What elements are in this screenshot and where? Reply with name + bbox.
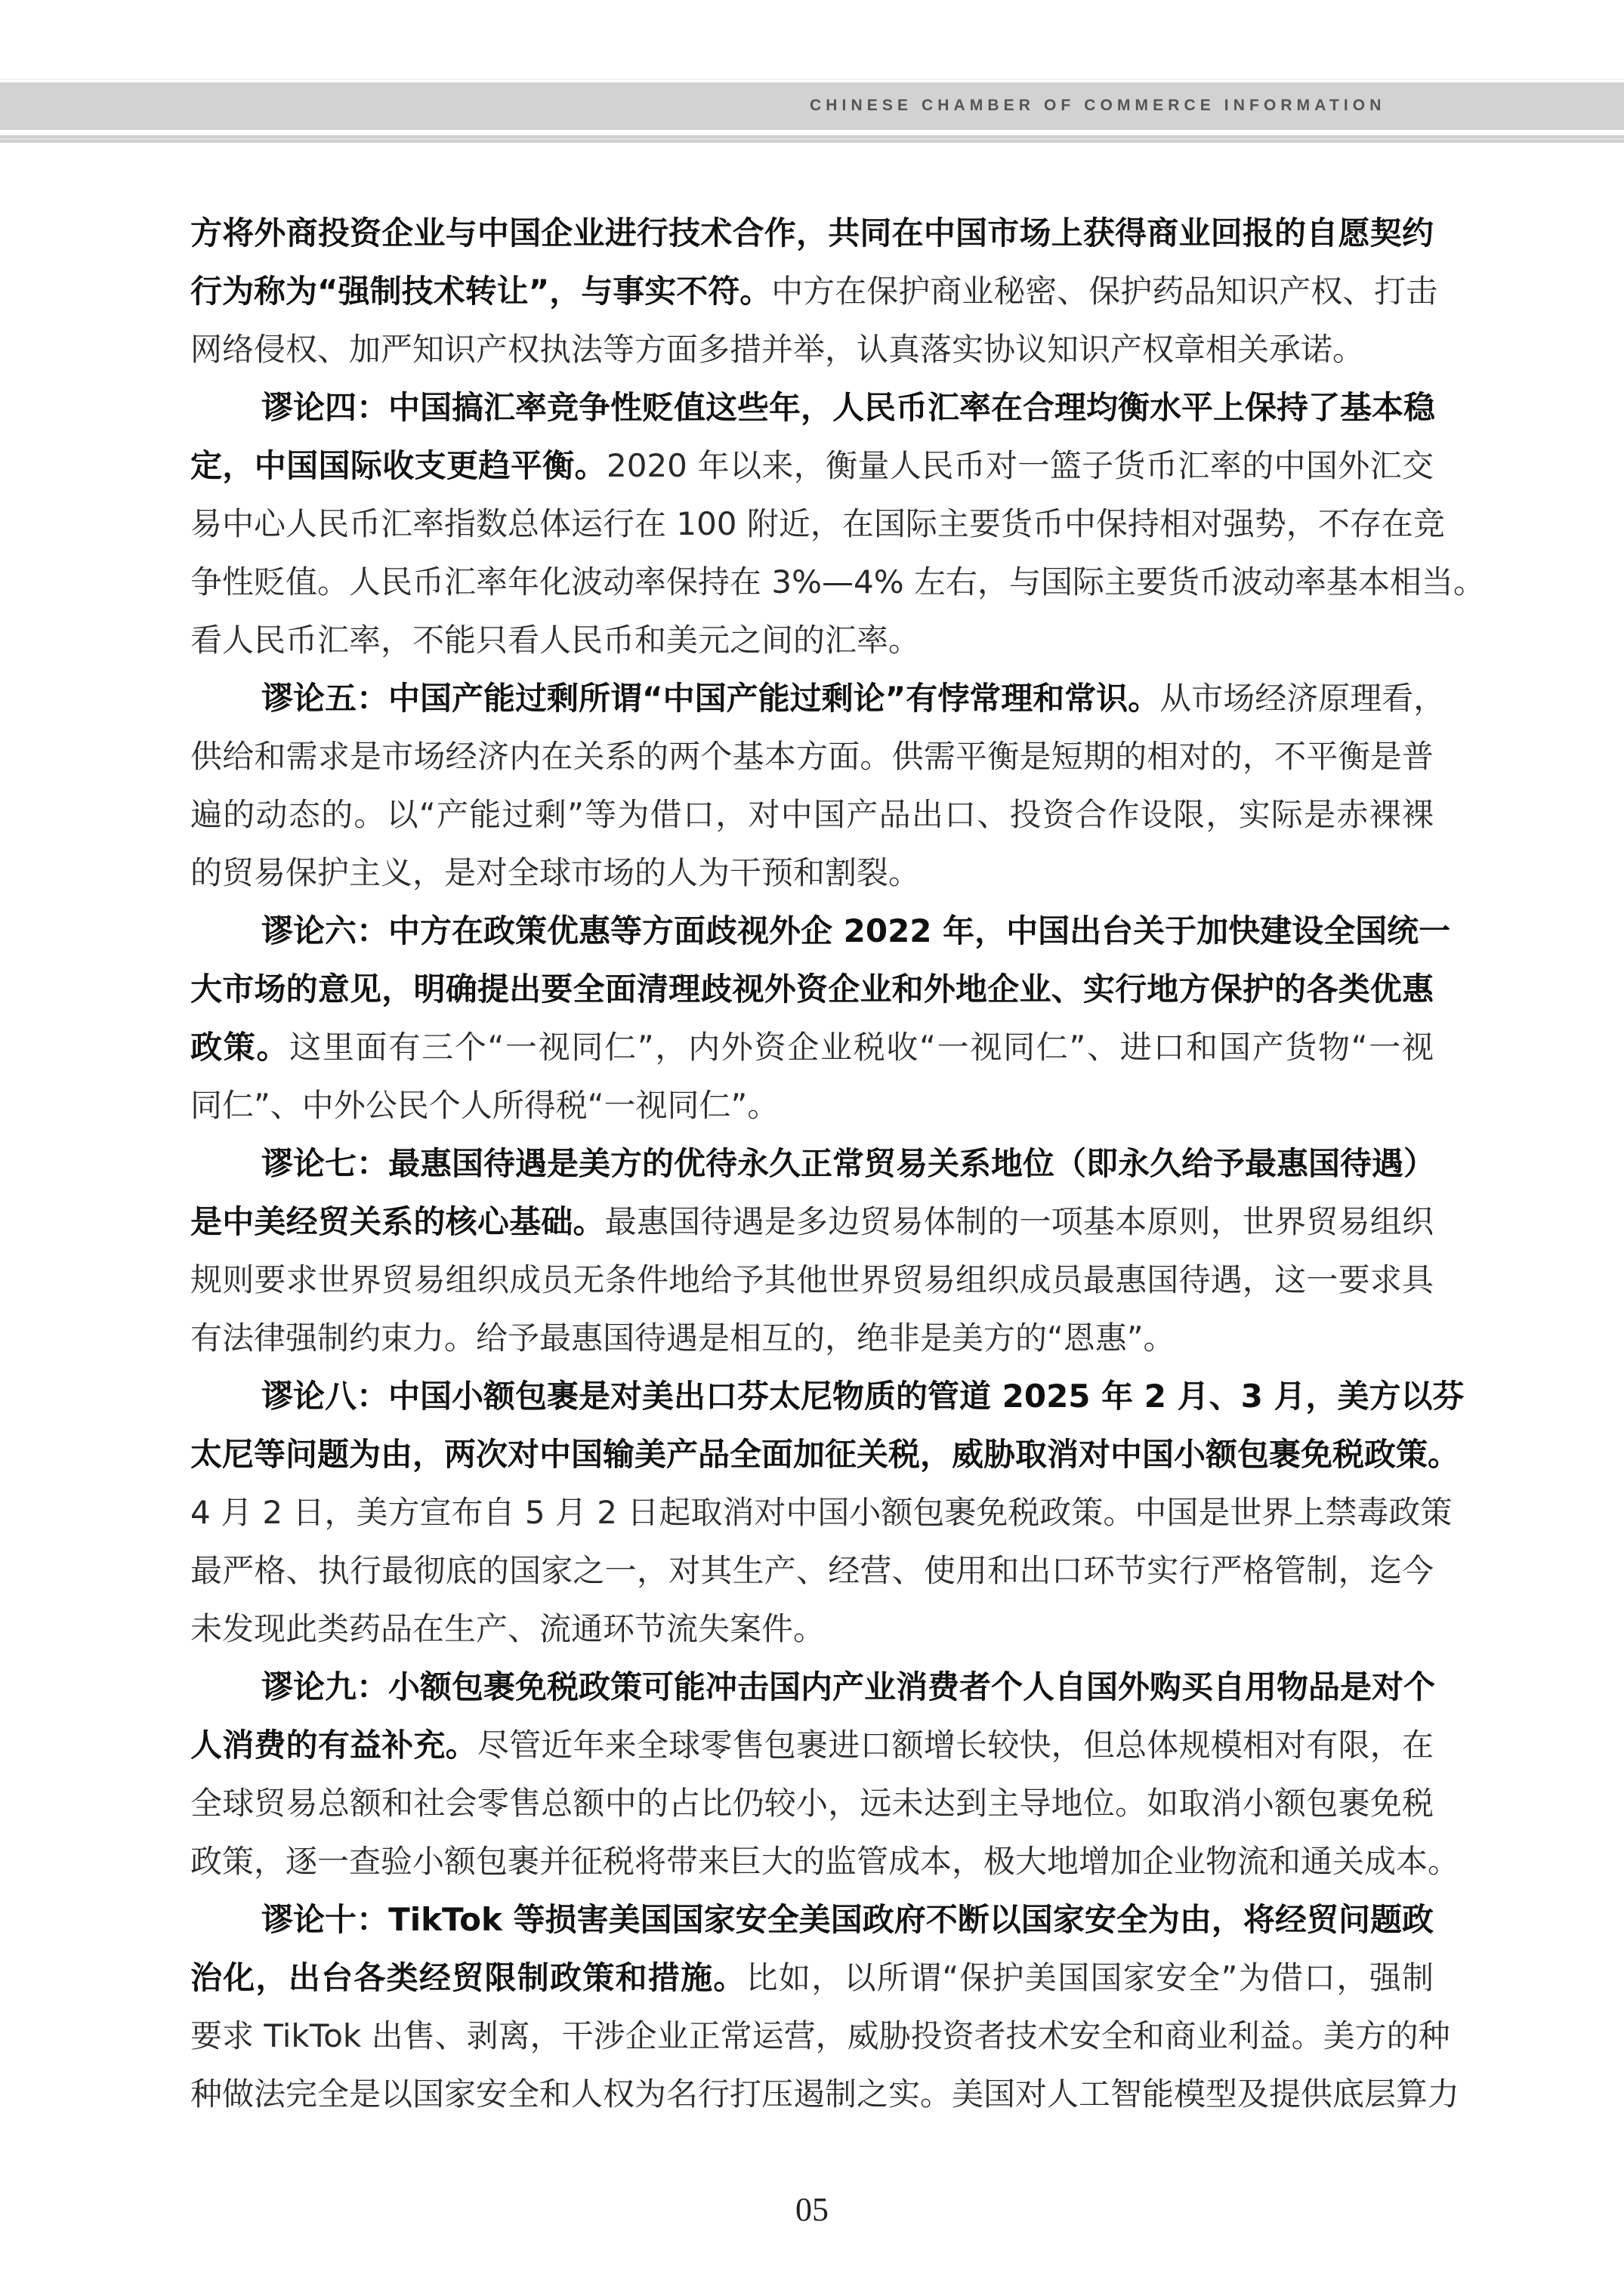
text-line: 看人民币汇率，不能只看人民币和美元之间的汇率。	[190, 611, 1434, 669]
text-line: 人消费的有益补充。尽管近年来全球零售包裹进口额增长较快，但总体规模相对有限，在	[190, 1716, 1434, 1774]
text-line: 定，中国国际收支更趋平衡。2020 年以来，衡量人民币对一篮子货币汇率的中国外汇…	[190, 437, 1434, 495]
regular-text: 规则要求世界贸易组织成员无条件地给予其他世界贸易组织成员最惠国待遇，这一要求具	[190, 1261, 1434, 1298]
text-line: 谬论七：最惠国待遇是美方的优待永久正常贸易关系地位（即永久给予最惠国待遇）	[190, 1134, 1434, 1193]
text-line: 供给和需求是市场经济内在关系的两个基本方面。供需平衡是短期的相对的，不平衡是普	[190, 727, 1434, 785]
bold-text: 定，中国国际收支更趋平衡。	[190, 447, 607, 484]
bold-text: 是中美经贸关系的核心基础。	[190, 1203, 605, 1240]
regular-text: 中方在保护商业秘密、保护药品知识产权、打击	[771, 273, 1437, 310]
regular-text: 2020 年以来，衡量人民币对一篮子货币汇率的中国外汇交	[607, 447, 1434, 484]
regular-text: 网络侵权、加严知识产权执法等方面多措并举，认真落实协议知识产权章相关承诺。	[190, 331, 1364, 368]
regular-text: 看人民币汇率，不能只看人民币和美元之间的汇率。	[190, 622, 920, 659]
text-line: 谬论十：TikTok 等损害美国国家安全美国政府不断以国家安全为由，将经贸问题政	[190, 1890, 1434, 1949]
text-line: 要求 TikTok 出售、剥离，干涉企业正常运营，威胁投资者技术安全和商业利益。…	[190, 2007, 1434, 2065]
bold-text: 行为称为“强制技术转让”，与事实不符。	[190, 273, 771, 310]
regular-text: 同仁”、中外公民个人所得税“一视同仁”。	[190, 1087, 779, 1124]
paragraph-continuation: 方将外商投资企业与中国企业进行技术合作，共同在中国市场上获得商业回报的自愿契约 …	[190, 204, 1434, 378]
publication-title: CHINESE CHAMBER OF COMMERCE INFORMATION	[810, 97, 1386, 115]
paragraph-fallacy-9: 谬论九：小额包裹免税政策可能冲击国内产业消费者个人自国外购买自用物品是对个 人消…	[190, 1658, 1434, 1890]
text-line: 遍的动态的。以“产能过剩”等为借口，对中国产品出口、投资合作设限，实际是赤裸裸	[190, 785, 1434, 844]
regular-text: 的贸易保护主义，是对全球市场的人为干预和割裂。	[190, 854, 920, 891]
page-number: 05	[0, 2190, 1624, 2229]
text-line: 行为称为“强制技术转让”，与事实不符。中方在保护商业秘密、保护药品知识产权、打击	[190, 262, 1434, 320]
paragraph-fallacy-6: 谬论六：中方在政策优惠等方面歧视外企 2022 年，中国出台关于加快建设全国统一…	[190, 902, 1434, 1134]
header-top-hairline	[0, 79, 1624, 80]
text-line: 网络侵权、加严知识产权执法等方面多措并举，认真落实协议知识产权章相关承诺。	[190, 320, 1434, 378]
regular-text: 易中心人民币汇率指数总体运行在 100 附近，在国际主要货币中保持相对强势，不存…	[190, 505, 1445, 542]
paragraph-fallacy-5: 谬论五：中国产能过剩所谓“中国产能过剩论”有悖常理和常识。从市场经济原理看， 供…	[190, 669, 1434, 902]
regular-text: 最严格、执行最彻底的国家之一，对其生产、经营、使用和出口环节实行严格管制，迄今	[190, 1552, 1434, 1589]
paragraph-fallacy-8: 谬论八：中国小额包裹是对美出口芬太尼物质的管道 2025 年 2 月、3 月，美…	[190, 1367, 1434, 1658]
regular-text: 遍的动态的。以“产能过剩”等为借口，对中国产品出口、投资合作设限，实际是赤裸裸	[190, 796, 1434, 833]
text-line: 是中美经贸关系的核心基础。最惠国待遇是多边贸易体制的一项基本原则，世界贸易组织	[190, 1193, 1434, 1251]
bold-text: 谬论五：中国产能过剩所谓“中国产能过剩论”有悖常理和常识。	[261, 680, 1159, 717]
bold-text: 太尼等问题为由，两次对中国输美产品全面加征关税，威胁取消对中国小额包裹免税政策。	[190, 1436, 1459, 1473]
article-body: 方将外商投资企业与中国企业进行技术合作，共同在中国市场上获得商业回报的自愿契约 …	[190, 204, 1434, 2123]
text-line: 谬论五：中国产能过剩所谓“中国产能过剩论”有悖常理和常识。从市场经济原理看，	[190, 669, 1434, 727]
text-line: 同仁”、中外公民个人所得税“一视同仁”。	[190, 1076, 1434, 1134]
text-line: 最严格、执行最彻底的国家之一，对其生产、经营、使用和出口环节实行严格管制，迄今	[190, 1542, 1434, 1600]
regular-text: 争性贬值。人民币汇率年化波动率保持在 3%—4% 左右，与国际主要货币波动率基本…	[190, 563, 1485, 600]
regular-text: 从市场经济原理看，	[1159, 680, 1445, 717]
text-line: 治化，出台各类经贸限制政策和措施。比如，以所谓“保护美国国家安全”为借口，强制	[190, 1949, 1434, 2007]
bold-text: 政策。	[190, 1029, 289, 1066]
text-line: 有法律强制约束力。给予最惠国待遇是相互的，绝非是美方的“恩惠”。	[190, 1309, 1434, 1367]
regular-text: 有法律强制约束力。给予最惠国待遇是相互的，绝非是美方的“恩惠”。	[190, 1319, 1175, 1356]
bold-text: 谬论四：中国搞汇率竞争性贬值这些年，人民币汇率在合理均衡水平上保持了基本稳	[261, 389, 1435, 426]
regular-text: 比如，以所谓“保护美国国家安全”为借口，强制	[746, 1959, 1434, 1996]
text-line: 大市场的意见，明确提出要全面清理歧视外资企业和外地企业、实行地方保护的各类优惠	[190, 960, 1434, 1018]
text-line: 种做法完全是以国家安全和人权为名行打压遏制之实。美国对人工智能模型及提供底层算力	[190, 2065, 1434, 2123]
text-line: 易中心人民币汇率指数总体运行在 100 附近，在国际主要货币中保持相对强势，不存…	[190, 495, 1434, 553]
regular-text: 种做法完全是以国家安全和人权为名行打压遏制之实。美国对人工智能模型及提供底层算力	[190, 2075, 1459, 2112]
text-line: 全球贸易总额和社会零售总额中的占比仍较小，远未达到主导地位。如取消小额包裹免税	[190, 1774, 1434, 1832]
text-line: 谬论九：小额包裹免税政策可能冲击国内产业消费者个人自国外购买自用物品是对个	[190, 1658, 1434, 1716]
bold-text: 方将外商投资企业与中国企业进行技术合作，共同在中国市场上获得商业回报的自愿契约	[190, 214, 1434, 252]
regular-text: 要求 TikTok 出售、剥离，干涉企业正常运营，威胁投资者技术安全和商业利益。…	[190, 2017, 1450, 2054]
regular-text: 最惠国待遇是多边贸易体制的一项基本原则，世界贸易组织	[605, 1203, 1434, 1240]
bold-text: 治化，出台各类经贸限制政策和措施。	[190, 1959, 746, 1996]
paragraph-fallacy-4: 谬论四：中国搞汇率竞争性贬值这些年，人民币汇率在合理均衡水平上保持了基本稳 定，…	[190, 378, 1434, 669]
text-line: 未发现此类药品在生产、流通环节流失案件。	[190, 1600, 1434, 1658]
bold-text: 谬论十：TikTok 等损害美国国家安全美国政府不断以国家安全为由，将经贸问题政	[261, 1901, 1434, 1938]
regular-text: 供给和需求是市场经济内在关系的两个基本方面。供需平衡是短期的相对的，不平衡是普	[190, 738, 1434, 775]
regular-text: 未发现此类药品在生产、流通环节流失案件。	[190, 1610, 825, 1647]
bold-text: 大市场的意见，明确提出要全面清理歧视外资企业和外地企业、实行地方保护的各类优惠	[190, 971, 1434, 1008]
text-line: 太尼等问题为由，两次对中国输美产品全面加征关税，威胁取消对中国小额包裹免税政策。	[190, 1425, 1434, 1483]
regular-text: 全球贸易总额和社会零售总额中的占比仍较小，远未达到主导地位。如取消小额包裹免税	[190, 1785, 1434, 1822]
text-line: 争性贬值。人民币汇率年化波动率保持在 3%—4% 左右，与国际主要货币波动率基本…	[190, 553, 1434, 611]
text-line: 方将外商投资企业与中国企业进行技术合作，共同在中国市场上获得商业回报的自愿契约	[190, 204, 1434, 262]
regular-text: 政策，逐一查验小额包裹并征税将带来巨大的监管成本，极大地增加企业物流和通关成本。	[190, 1843, 1459, 1880]
text-line: 谬论六：中方在政策优惠等方面歧视外企 2022 年，中国出台关于加快建设全国统一	[190, 902, 1434, 960]
bold-text: 谬论八：中国小额包裹是对美出口芬太尼物质的管道 2025 年 2 月、3 月，美…	[261, 1378, 1464, 1415]
text-line: 政策。这里面有三个“一视同仁”，内外资企业税收“一视同仁”、进口和国产货物“一视	[190, 1018, 1434, 1076]
header-rule-inner	[0, 138, 1624, 140]
text-line: 政策，逐一查验小额包裹并征税将带来巨大的监管成本，极大地增加企业物流和通关成本。	[190, 1832, 1434, 1890]
regular-text: 4 月 2 日，美方宣布自 5 月 2 日起取消对中国小额包裹免税政策。中国是世…	[190, 1494, 1452, 1531]
bold-text: 谬论九：小额包裹免税政策可能冲击国内产业消费者个人自国外购买自用物品是对个	[261, 1668, 1435, 1705]
text-line: 谬论四：中国搞汇率竞争性贬值这些年，人民币汇率在合理均衡水平上保持了基本稳	[190, 378, 1434, 437]
bold-text: 人消费的有益补充。	[190, 1727, 477, 1764]
regular-text: 这里面有三个“一视同仁”，内外资企业税收“一视同仁”、进口和国产货物“一视	[289, 1029, 1434, 1066]
regular-text: 尽管近年来全球零售包裹进口额增长较快，但总体规模相对有限，在	[477, 1727, 1434, 1764]
text-line: 4 月 2 日，美方宣布自 5 月 2 日起取消对中国小额包裹免税政策。中国是世…	[190, 1483, 1434, 1542]
bold-text: 谬论七：最惠国待遇是美方的优待永久正常贸易关系地位（即永久给予最惠国待遇）	[261, 1145, 1435, 1182]
paragraph-fallacy-10: 谬论十：TikTok 等损害美国国家安全美国政府不断以国家安全为由，将经贸问题政…	[190, 1890, 1434, 2123]
bold-text: 谬论六：中方在政策优惠等方面歧视外企 2022 年，中国出台关于加快建设全国统一	[261, 912, 1450, 949]
text-line: 规则要求世界贸易组织成员无条件地给予其他世界贸易组织成员最惠国待遇，这一要求具	[190, 1251, 1434, 1309]
text-line: 谬论八：中国小额包裹是对美出口芬太尼物质的管道 2025 年 2 月、3 月，美…	[190, 1367, 1434, 1425]
paragraph-fallacy-7: 谬论七：最惠国待遇是美方的优待永久正常贸易关系地位（即永久给予最惠国待遇） 是中…	[190, 1134, 1434, 1367]
text-line: 的贸易保护主义，是对全球市场的人为干预和割裂。	[190, 844, 1434, 902]
